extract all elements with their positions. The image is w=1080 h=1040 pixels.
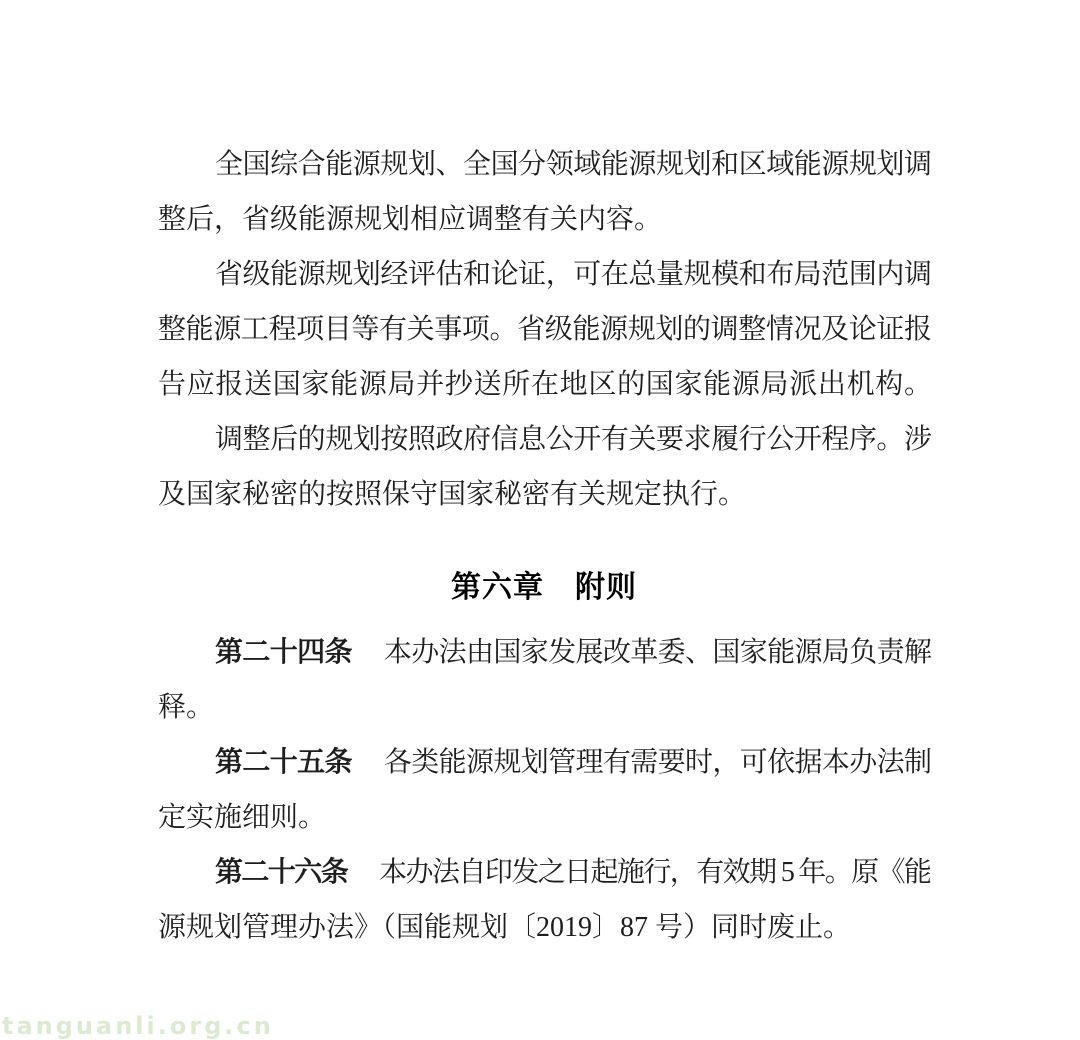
document-page: 全国综合能源规划、全国分领域能源规划和区域能源规划调 整后，省级能源规划相应调整… <box>0 0 1080 1040</box>
line-text: 告应报送国家能源局并抄送所在地区的国家能源局派出机构。 <box>158 369 930 400</box>
line-text: 定实施细则。 <box>158 802 326 833</box>
line-text: 本办法自印发之日起施行，有效期 5 年。原《能 <box>379 857 930 888</box>
line-text: 及国家秘密的按照保守国家秘密有关规定执行。 <box>158 479 746 510</box>
article-line: 第二十四条本办法由国家发展改革委、国家能源局负责解 <box>158 625 930 680</box>
paragraph-line: 省级能源规划经评估和论证，可在总量规模和布局范围内调 <box>158 247 930 302</box>
paragraph-line: 定实施细则。 <box>158 790 930 845</box>
paragraph-line: 整能源工程项目等有关事项。省级能源规划的调整情况及论证报 <box>158 302 930 357</box>
line-text: 调整后的规划按照政府信息公开有关要求履行公开程序。涉 <box>215 424 930 455</box>
line-text: 全国综合能源规划、全国分领域能源规划和区域能源规划调 <box>215 149 930 180</box>
paragraph-line: 整后，省级能源规划相应调整有关内容。 <box>158 192 930 247</box>
article-number: 第二十四条 <box>215 637 352 668</box>
paragraph-line: 调整后的规划按照政府信息公开有关要求履行公开程序。涉 <box>158 412 930 467</box>
paragraph-line: 释。 <box>158 680 930 735</box>
line-text: 释。 <box>158 692 214 723</box>
chapter-heading: 第六章 附则 <box>158 560 930 615</box>
line-text: 各类能源规划管理有需要时，可依据本办法制 <box>384 747 930 778</box>
paragraph-line: 及国家秘密的按照保守国家秘密有关规定执行。 <box>158 467 930 522</box>
article-number: 第二十六条 <box>215 857 347 888</box>
article-line: 第二十五条各类能源规划管理有需要时，可依据本办法制 <box>158 735 930 790</box>
line-text: 整能源工程项目等有关事项。省级能源规划的调整情况及论证报 <box>158 314 930 345</box>
paragraph-line: 告应报送国家能源局并抄送所在地区的国家能源局派出机构。 <box>158 357 930 412</box>
line-text: 源规划管理办法》（国能规划〔2019〕87 号）同时废止。 <box>158 912 851 943</box>
watermark: tanguanli.org.cn <box>2 1012 274 1040</box>
article-line: 第二十六条本办法自印发之日起施行，有效期 5 年。原《能 <box>158 845 930 900</box>
article-number: 第二十五条 <box>215 747 352 778</box>
line-text: 省级能源规划经评估和论证，可在总量规模和布局范围内调 <box>215 259 930 290</box>
document-text-block: 全国综合能源规划、全国分领域能源规划和区域能源规划调 整后，省级能源规划相应调整… <box>158 137 930 955</box>
paragraph-line: 源规划管理办法》（国能规划〔2019〕87 号）同时废止。 <box>158 900 930 955</box>
line-text: 本办法由国家发展改革委、国家能源局负责解 <box>384 637 930 668</box>
paragraph-line: 全国综合能源规划、全国分领域能源规划和区域能源规划调 <box>158 137 930 192</box>
line-text: 整后，省级能源规划相应调整有关内容。 <box>158 204 662 235</box>
